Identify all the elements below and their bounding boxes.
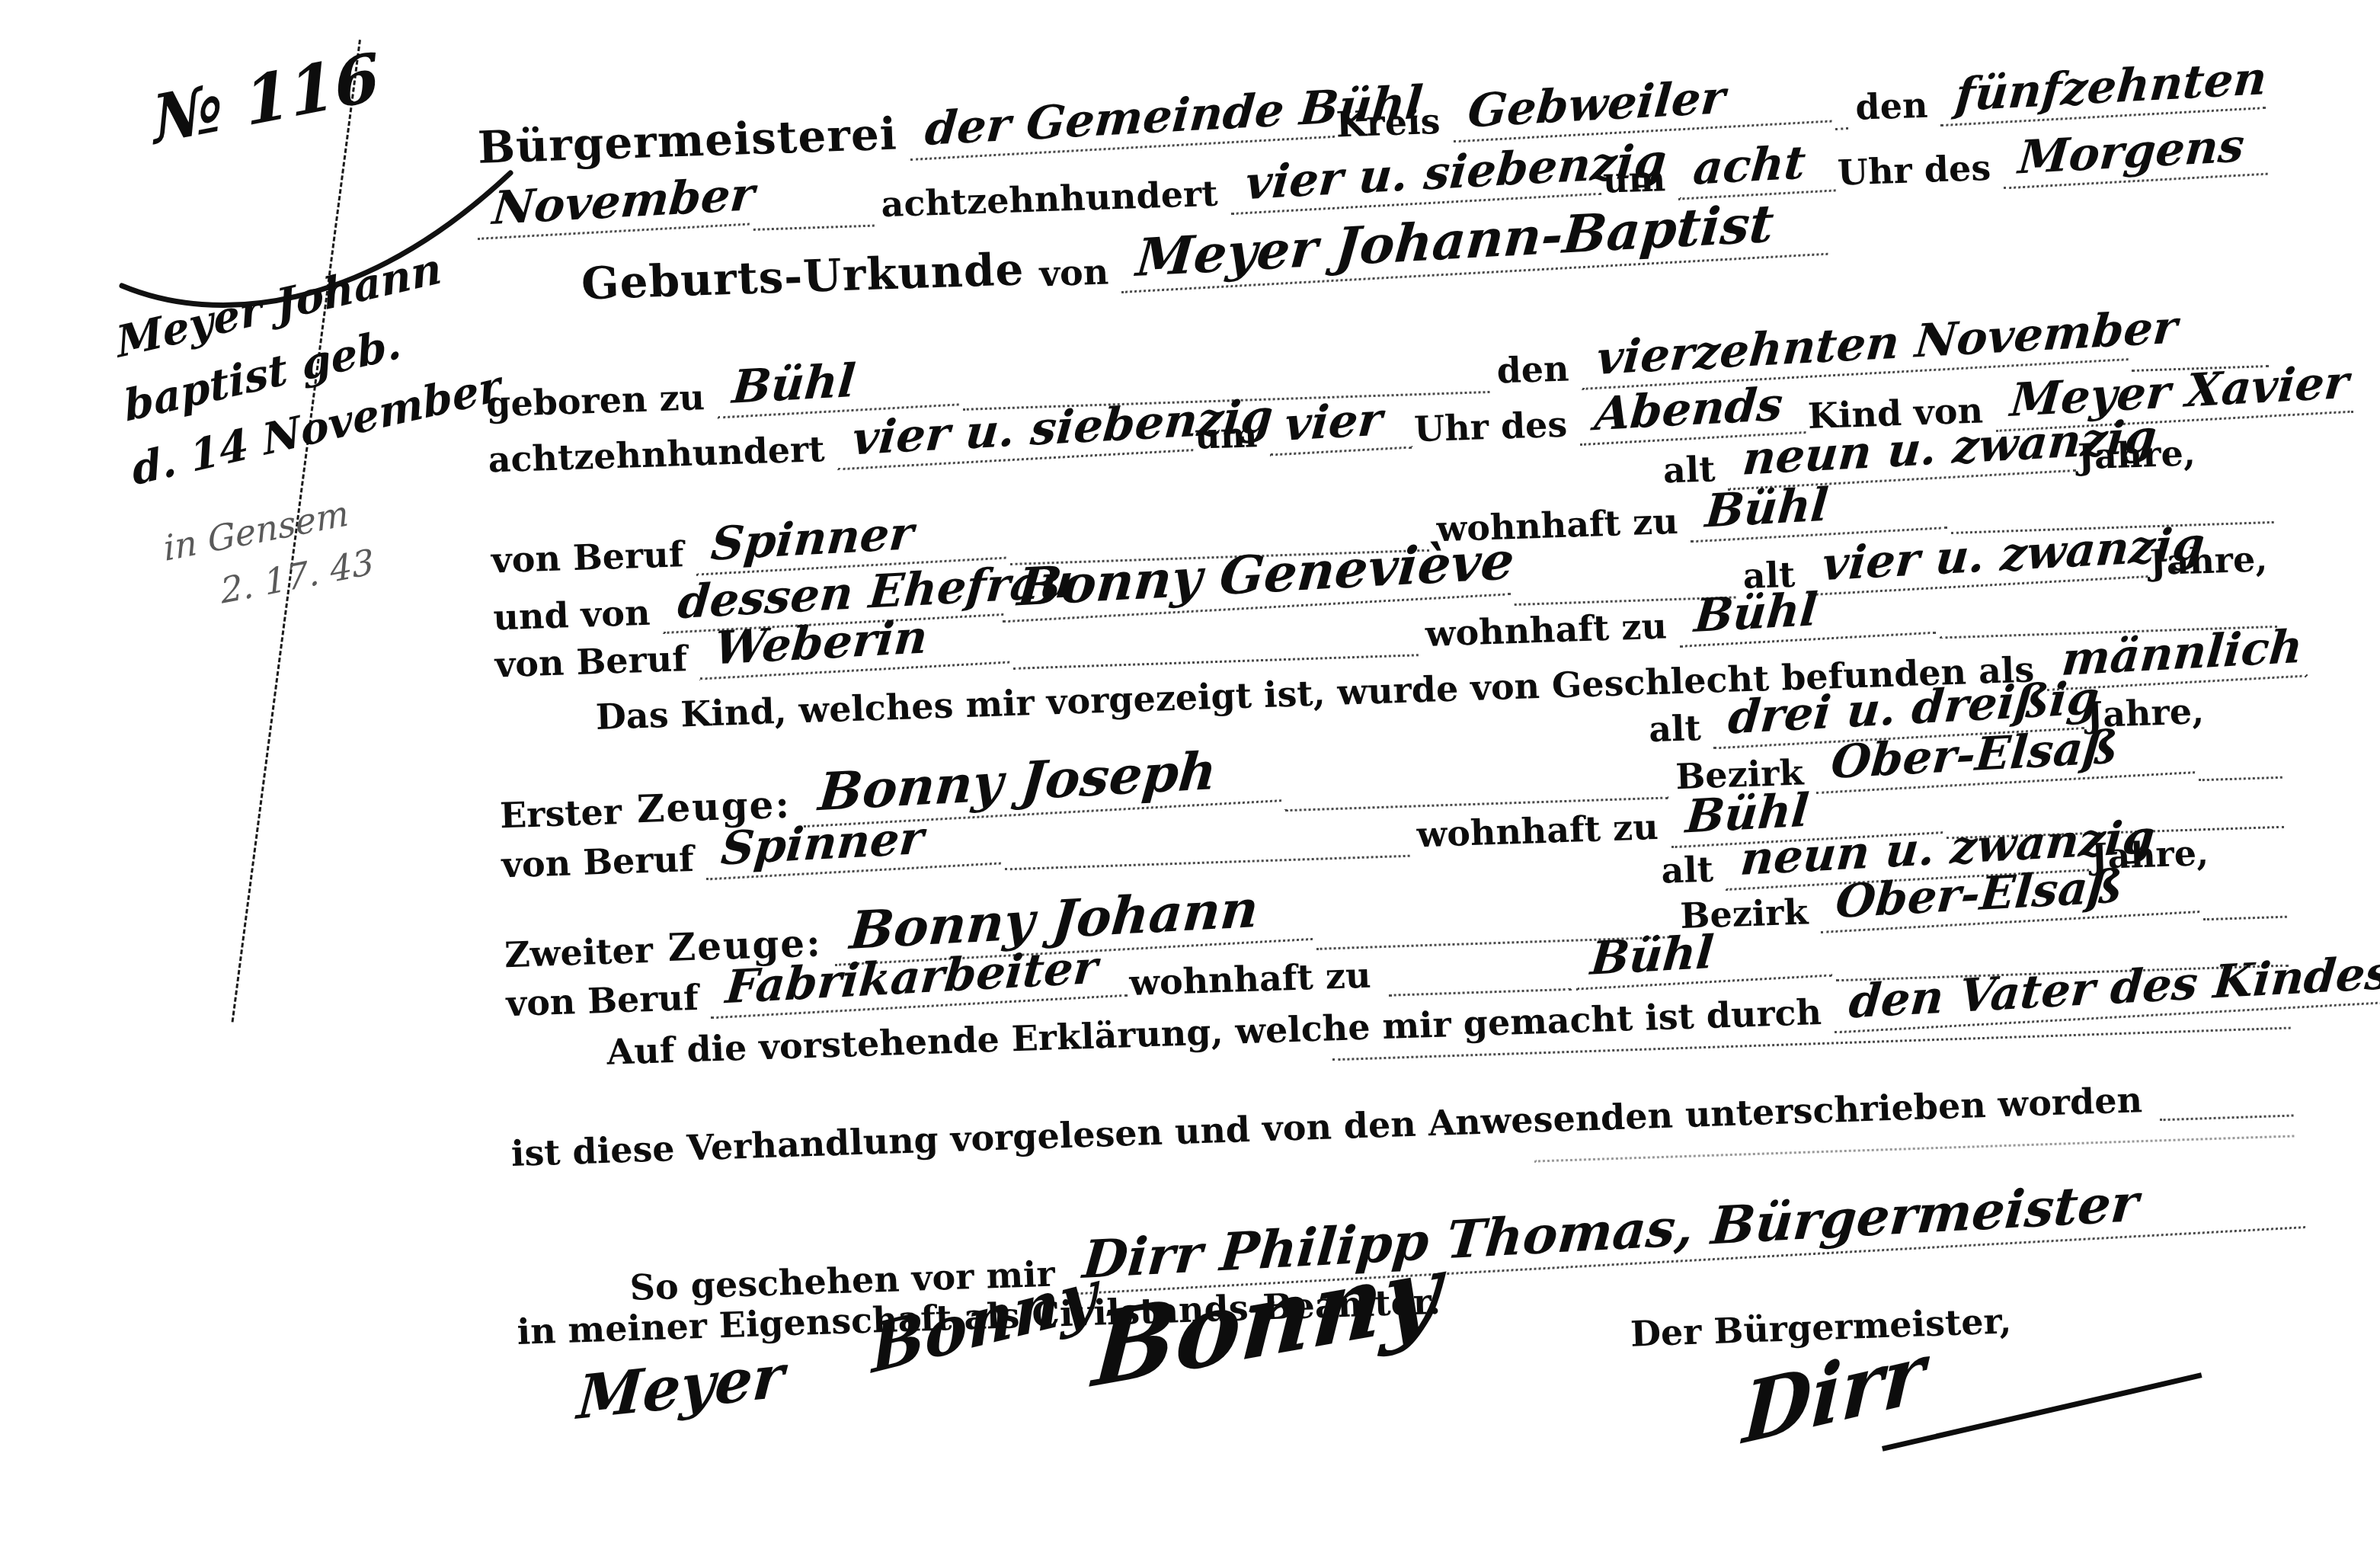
record-day-entry: fünfzehnten <box>1940 52 2270 126</box>
page-title: Geburts-Urkunde <box>577 243 1037 312</box>
den-label: den <box>1493 347 1582 393</box>
achtzehnhundert-label: achtzehnhundert <box>878 172 1231 226</box>
dotted-line <box>753 219 875 231</box>
office-label: Bürgermeisterei <box>474 107 910 175</box>
certificate-body: Bürgermeisterei der Gemeinde Bühl Kreis … <box>472 17 2307 1447</box>
margin-faint-annotation: in Gensem 2. 17. 43 <box>162 483 376 629</box>
dotted-line <box>2159 1108 2293 1121</box>
municipality-entry: der Gemeinde Bühl <box>910 81 1339 161</box>
record-year-entry: vier u. siebenzig <box>1230 138 1606 216</box>
record-month-entry: November <box>478 168 754 240</box>
record-hour-entry: acht <box>1678 134 1841 200</box>
uhr-des-label: Uhr des <box>1834 146 2004 194</box>
dotted-line <box>1835 121 1849 130</box>
record-daypart-entry: Morgens <box>2004 117 2273 189</box>
von-label: von <box>1035 251 1121 296</box>
kreis-entry: Gebweiler <box>1453 65 1836 142</box>
document-scan: № 116 Meyer Johann baptist geb. d. 14 No… <box>0 0 2380 1559</box>
den-label: den <box>1852 84 1941 130</box>
